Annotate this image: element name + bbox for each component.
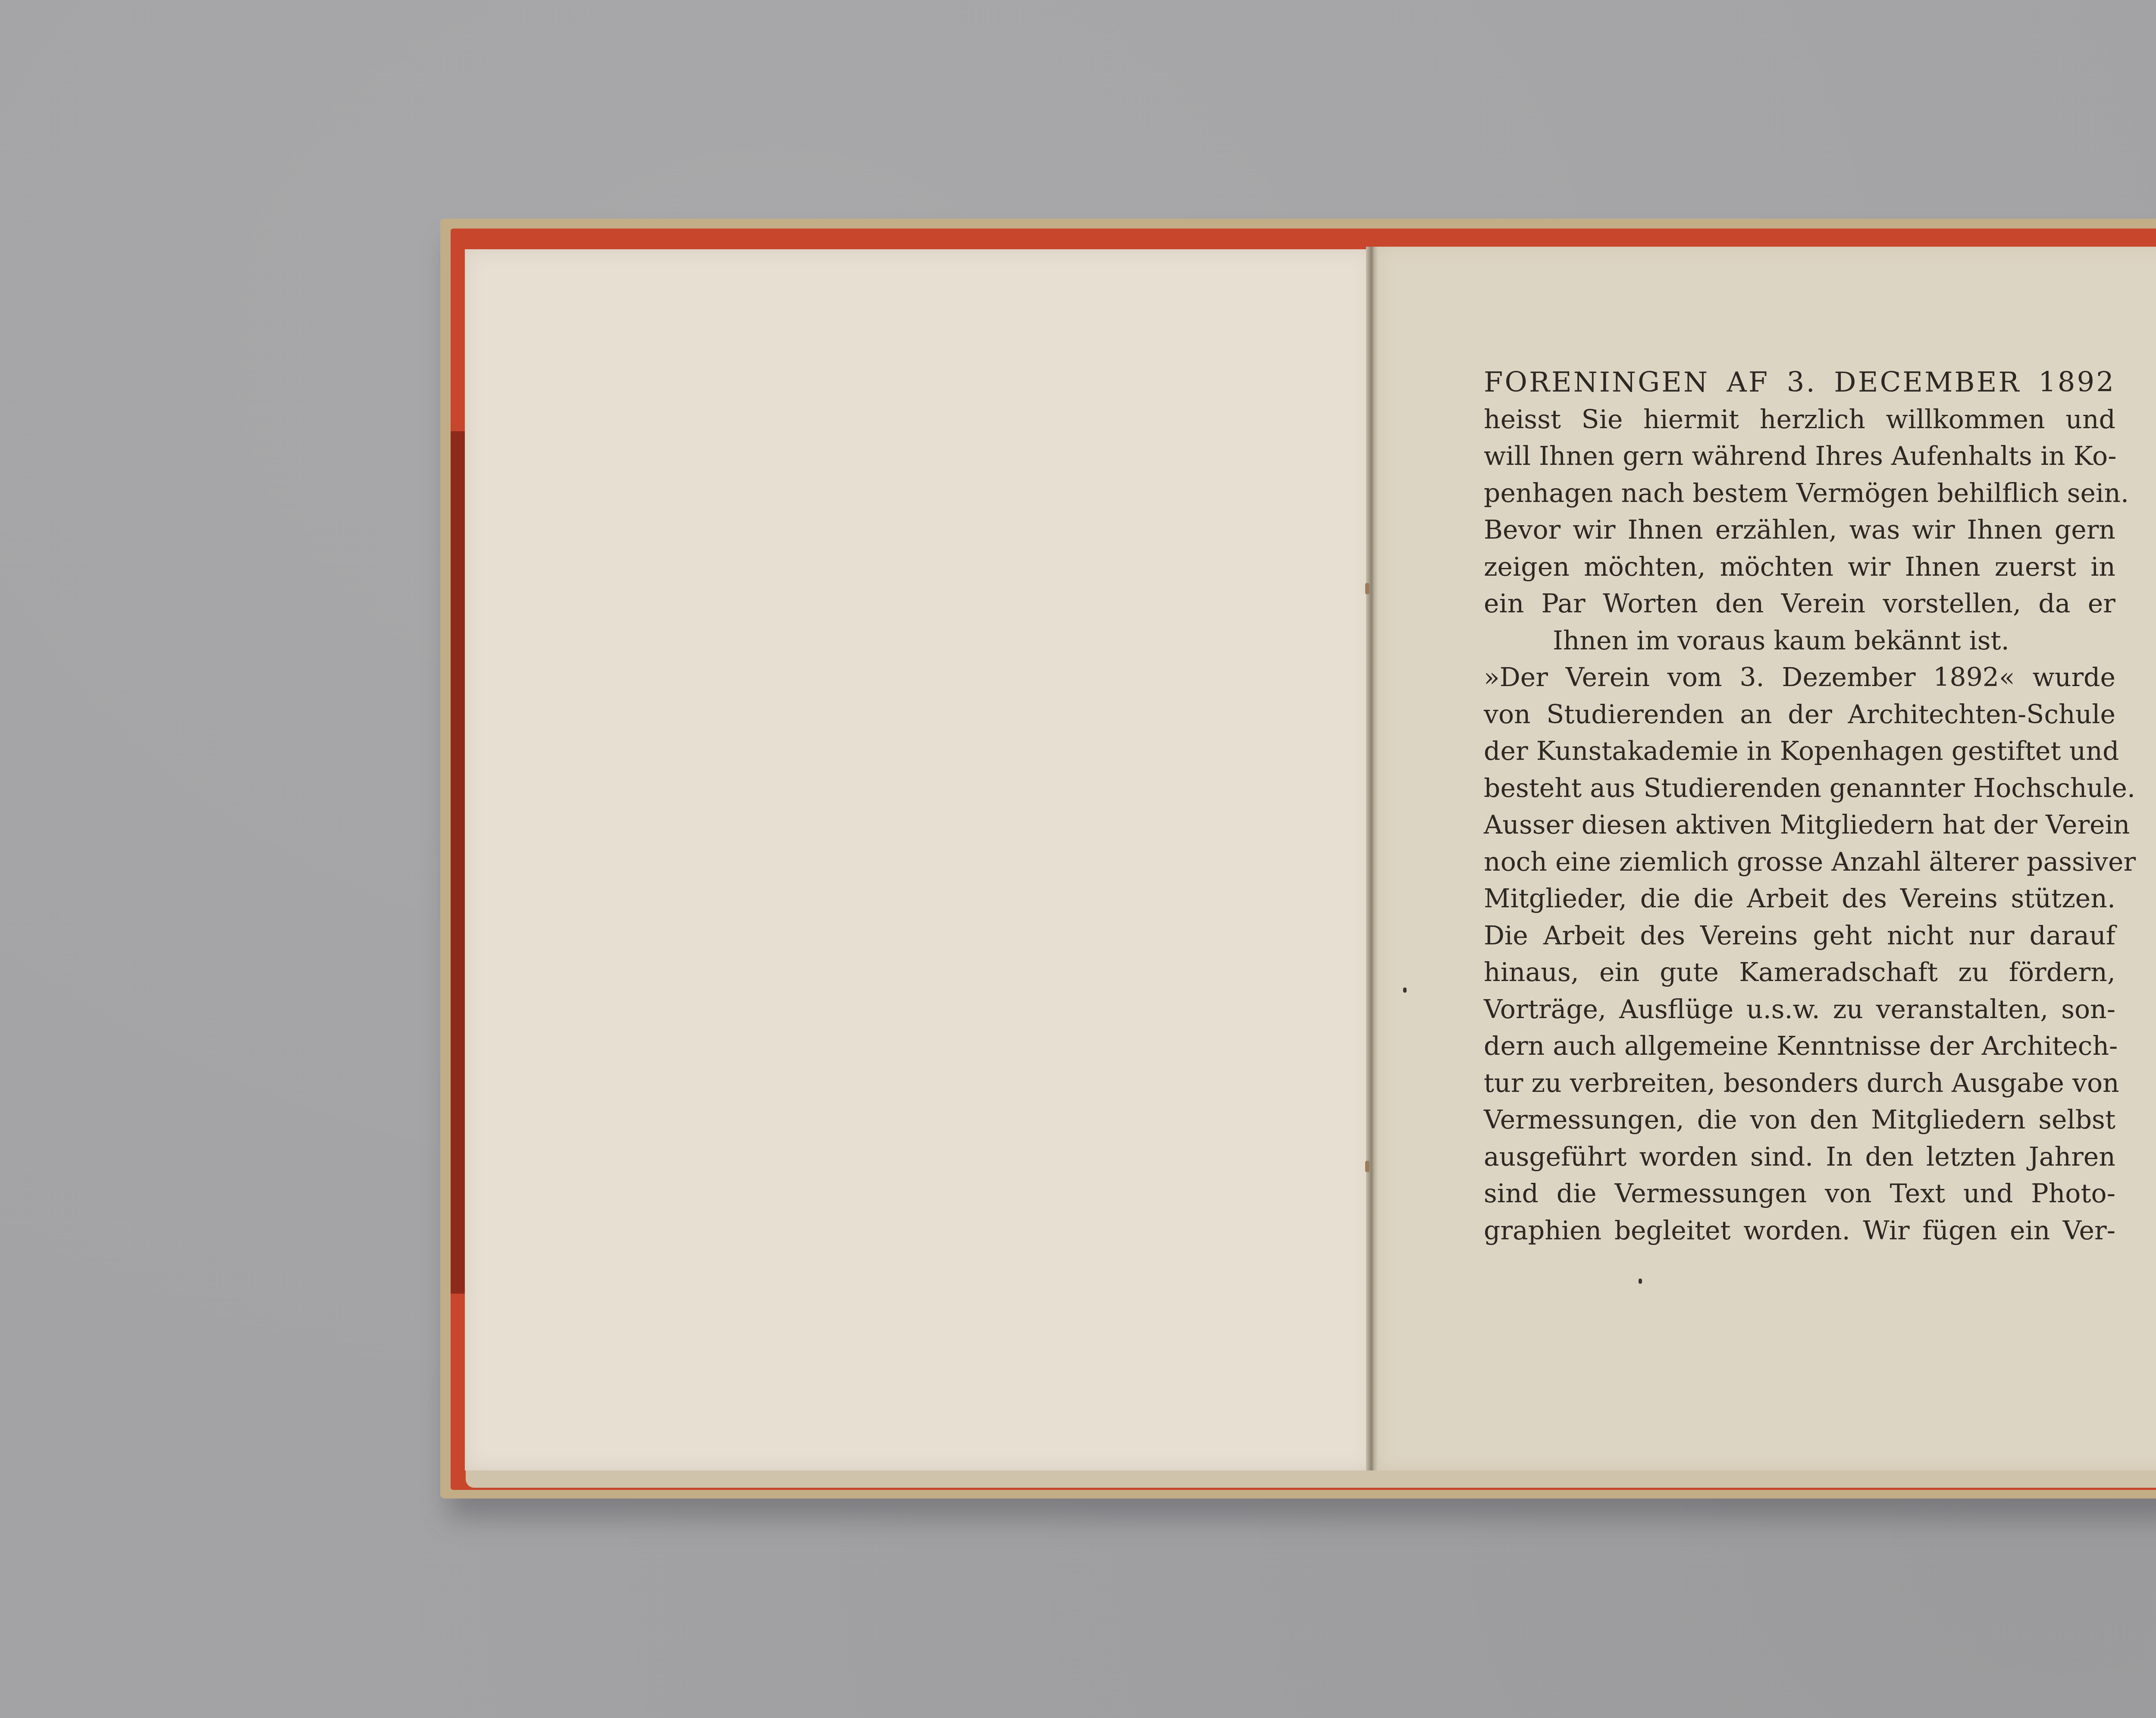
text-line-paragraph-end: Ihnen im voraus kaum bekännt ist. <box>1484 623 2115 660</box>
text-line: hinaus, ein gute Kameradschaft zu förder… <box>1484 954 2115 991</box>
text-line: dern auch allgemeine Kenntnisse der Arch… <box>1484 1028 2115 1065</box>
text-line: ein Par Worten den Verein vorstellen, da… <box>1484 586 2115 623</box>
text-line: graphien begleitet worden. Wir fügen ein… <box>1484 1213 2115 1250</box>
text-line: penhagen nach bestem Vermögen behilflich… <box>1484 475 2115 512</box>
text-line: sind die Vermessungen von Text und Photo… <box>1484 1176 2115 1213</box>
page-heading: FORENINGEN AF 3. DECEMBER 1892 <box>1484 364 2115 401</box>
text-line: tur zu verbreiten, besonders durch Ausga… <box>1484 1065 2115 1102</box>
text-line: der Kunstakademie in Kopenhagen gestifte… <box>1484 733 2115 770</box>
text-line: Bevor wir Ihnen erzählen, was wir Ihnen … <box>1484 512 2115 549</box>
text-line: zeigen möchten, möchten wir Ihnen zuerst… <box>1484 549 2115 586</box>
page-text: FORENINGEN AF 3. DECEMBER 1892 heisst Si… <box>1484 364 2115 1249</box>
book-gutter <box>1366 247 1378 1470</box>
ink-speck <box>1639 1279 1642 1284</box>
text-line: Mitglieder, die die Arbeit des Vereins s… <box>1484 881 2115 918</box>
text-line: will Ihnen gern während Ihres Aufenhalts… <box>1484 438 2115 475</box>
text-line: von Studierenden an der Architechten-Sch… <box>1484 696 2115 734</box>
binding-stitch <box>1365 583 1369 594</box>
text-line: heisst Sie hiermit herzlich willkommen u… <box>1484 401 2115 439</box>
text-line: »Der Verein vom 3. Dezember 1892« wurde <box>1484 659 2115 696</box>
text-line: besteht aus Studierenden genannter Hochs… <box>1484 770 2115 807</box>
text-line: Ausser diesen aktiven Mitgliedern hat de… <box>1484 807 2115 844</box>
left-page-blank <box>465 249 1372 1470</box>
ink-speck <box>1403 988 1407 993</box>
text-line: Die Arbeit des Vereins geht nicht nur da… <box>1484 918 2115 955</box>
text-line: ausgeführt worden sind. In den letzten J… <box>1484 1139 2115 1176</box>
text-line: Vorträge, Ausflüge u.s.w. zu veranstalte… <box>1484 991 2115 1028</box>
text-line: noch eine ziemlich grosse Anzahl älterer… <box>1484 844 2115 881</box>
binding-stitch <box>1365 1161 1369 1172</box>
text-line: Vermessungen, die von den Mitgliedern se… <box>1484 1102 2115 1139</box>
